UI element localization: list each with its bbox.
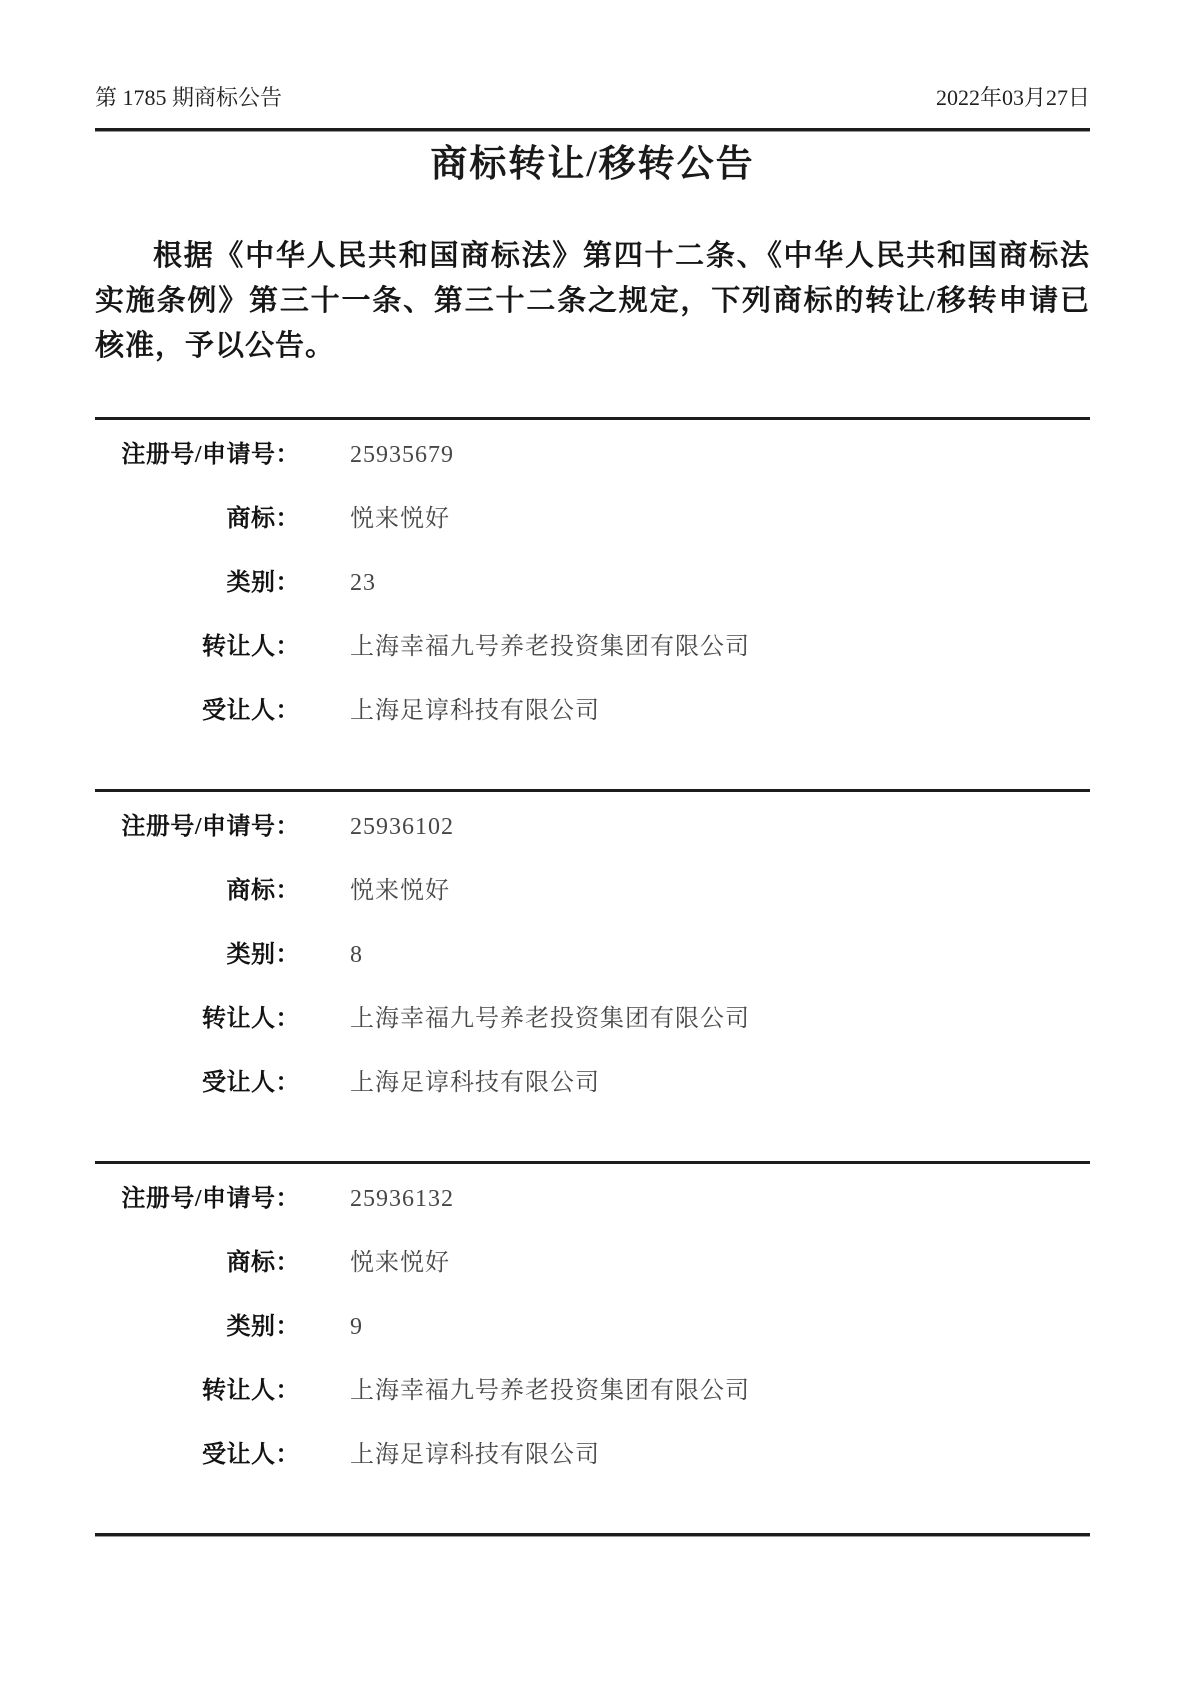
trademark-label: 商标： [95,878,300,904]
field-row-trademark: 商标： 悦来悦好 [95,1250,1090,1276]
record-block-3: 注册号/申请号： 25936132 商标： 悦来悦好 类别： 9 转让人： 上海… [95,1161,1090,1533]
field-row-assignee: 受让人： 上海足谆科技有限公司 [95,1442,1090,1468]
field-row-category: 类别： 8 [95,942,1090,968]
category-label: 类别： [95,1314,300,1340]
assignor-label: 转让人： [95,634,300,660]
category-label: 类别： [95,942,300,968]
gazette-date: 2022年03月27日 [936,84,1090,112]
field-row-assignee: 受让人： 上海足谆科技有限公司 [95,698,1090,724]
header-rule [95,128,1090,131]
field-row-assignor: 转让人： 上海幸福九号养老投资集团有限公司 [95,1006,1090,1032]
category-value: 8 [300,942,363,968]
gazette-issue: 第 1785 期商标公告 [95,84,282,112]
end-rule [95,1533,1090,1536]
category-label: 类别： [95,570,300,596]
field-row-reg-no: 注册号/申请号： 25936102 [95,814,1090,840]
reg-no-value: 25936102 [300,814,454,840]
page-content: 第 1785 期商标公告 2022年03月27日 商标转让/移转公告 根据《中华… [0,0,1190,1536]
record-block-1: 注册号/申请号： 25935679 商标： 悦来悦好 类别： 23 转让人： 上… [95,417,1090,789]
intro-paragraph: 根据《中华人民共和国商标法》第四十二条、《中华人民共和国商标法实施条例》第三十一… [95,234,1090,369]
assignee-label: 受让人： [95,1070,300,1096]
field-row-reg-no: 注册号/申请号： 25935679 [95,442,1090,468]
record-block-2: 注册号/申请号： 25936102 商标： 悦来悦好 类别： 8 转让人： 上海… [95,789,1090,1161]
document-page: 第 1785 期商标公告 2022年03月27日 商标转让/移转公告 根据《中华… [0,0,1190,1698]
assignee-label: 受让人： [95,1442,300,1468]
field-row-trademark: 商标： 悦来悦好 [95,506,1090,532]
field-row-assignor: 转让人： 上海幸福九号养老投资集团有限公司 [95,1378,1090,1404]
category-value: 23 [300,570,376,596]
field-row-trademark: 商标： 悦来悦好 [95,878,1090,904]
reg-no-label: 注册号/申请号： [95,1186,300,1212]
field-row-category: 类别： 23 [95,570,1090,596]
assignor-value: 上海幸福九号养老投资集团有限公司 [300,634,750,660]
page-title: 商标转让/移转公告 [95,139,1090,191]
trademark-value: 悦来悦好 [300,506,450,532]
reg-no-value: 25935679 [300,442,454,468]
trademark-value: 悦来悦好 [300,878,450,904]
assignee-value: 上海足谆科技有限公司 [300,1070,600,1096]
page-header: 第 1785 期商标公告 2022年03月27日 [95,84,1090,112]
field-row-category: 类别： 9 [95,1314,1090,1340]
category-value: 9 [300,1314,363,1340]
reg-no-value: 25936132 [300,1186,454,1212]
assignor-value: 上海幸福九号养老投资集团有限公司 [300,1006,750,1032]
assignee-label: 受让人： [95,698,300,724]
records-section: 注册号/申请号： 25935679 商标： 悦来悦好 类别： 23 转让人： 上… [95,417,1090,1536]
trademark-label: 商标： [95,1250,300,1276]
field-row-assignor: 转让人： 上海幸福九号养老投资集团有限公司 [95,634,1090,660]
trademark-label: 商标： [95,506,300,532]
field-row-assignee: 受让人： 上海足谆科技有限公司 [95,1070,1090,1096]
assignee-value: 上海足谆科技有限公司 [300,1442,600,1468]
assignor-value: 上海幸福九号养老投资集团有限公司 [300,1378,750,1404]
assignor-label: 转让人： [95,1378,300,1404]
reg-no-label: 注册号/申请号： [95,814,300,840]
trademark-value: 悦来悦好 [300,1250,450,1276]
reg-no-label: 注册号/申请号： [95,442,300,468]
assignor-label: 转让人： [95,1006,300,1032]
assignee-value: 上海足谆科技有限公司 [300,698,600,724]
field-row-reg-no: 注册号/申请号： 25936132 [95,1186,1090,1212]
